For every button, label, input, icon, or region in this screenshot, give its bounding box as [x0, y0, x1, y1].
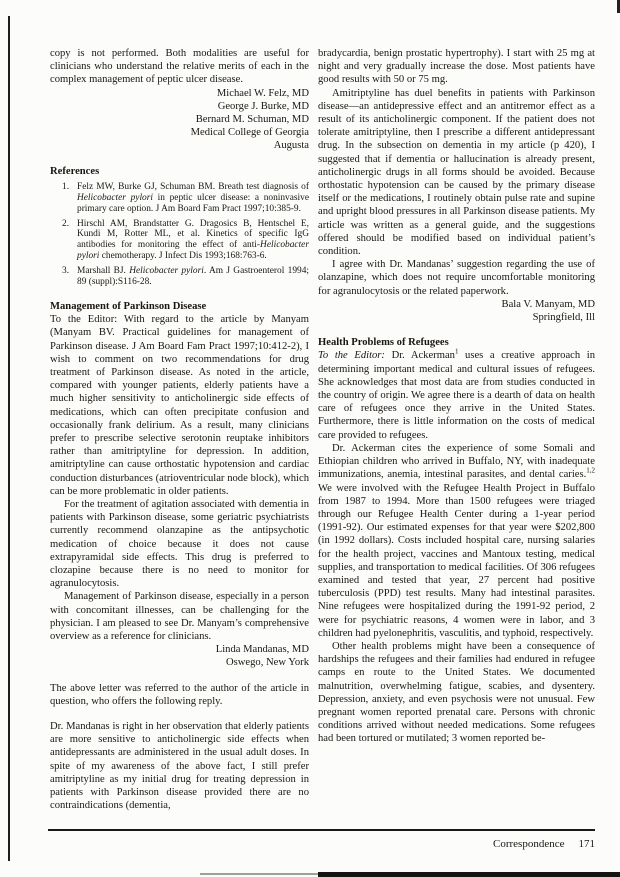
left-column: copy is not performed. Both modalities a…: [50, 47, 309, 813]
reference-number: 3.: [62, 266, 69, 277]
italic-text-run: To the Editor:: [318, 350, 385, 361]
paragraph: Amitriptyline has duel benefits in patie…: [318, 87, 595, 259]
signature-line: Augusta: [50, 139, 309, 152]
reference-number: 2.: [62, 219, 69, 230]
text-run: chemotherapy. J Infect Dis 1993;168:763-…: [99, 251, 266, 261]
paragraph: bradycardia, benign prostatic hypertroph…: [318, 47, 595, 87]
text-run: For the treatment of agitation associate…: [50, 499, 309, 589]
reference-text: Felz MW, Burke GJ, Schuman BM. Breath te…: [77, 182, 309, 214]
signature-line: Linda Mandanas, MD: [50, 643, 309, 656]
text-run: Dr. Ackerman: [385, 350, 455, 361]
text-run: Amitriptyline has duel benefits in patie…: [318, 88, 595, 257]
paragraph: Management of Parkinson disease, especia…: [50, 590, 309, 643]
scan-edge-bottom: [318, 872, 620, 877]
signature-line: Medical College of Georgia: [50, 126, 309, 139]
paragraph: Dr. Mandanas is right in her observation…: [50, 720, 309, 812]
text-run: Dr. Mandanas is right in her observation…: [50, 721, 309, 811]
text-run: We were involved with the Refugee Health…: [318, 483, 595, 639]
paragraph: The above letter was referred to the aut…: [50, 682, 309, 708]
paragraph: To the Editor: With regard to the articl…: [50, 313, 309, 498]
text-run: Marshall BJ.: [77, 266, 129, 276]
signature-line: Springfield, Ill: [318, 311, 595, 324]
reference-item: 1.Felz MW, Burke GJ, Schuman BM. Breath …: [50, 182, 309, 215]
text-run: Other health problems might have been a …: [318, 641, 595, 744]
signature-line: George J. Burke, MD: [50, 100, 309, 113]
signature-line: Bernard M. Schuman, MD: [50, 113, 309, 126]
text-run: copy is not performed. Both modalities a…: [50, 48, 309, 85]
text-run: The above letter was referred to the aut…: [50, 683, 309, 707]
page-footer: Correspondence171: [48, 838, 595, 851]
signature-line: Oswego, New York: [50, 656, 309, 669]
reference-item: 2.Hirschl AM, Brandstatter G. Dragosics …: [50, 219, 309, 263]
section-heading: Management of Parkinson Disease: [50, 300, 309, 313]
paragraph: For the treatment of agitation associate…: [50, 498, 309, 590]
italic-text-run: Helicobacter pylori: [77, 193, 153, 203]
paragraph: To the Editor: Dr. Ackerman1 uses a crea…: [318, 349, 595, 441]
text-run: bradycardia, benign prostatic hypertroph…: [318, 48, 595, 85]
footer-rule: [48, 829, 595, 831]
signature-line: Michael W. Felz, MD: [50, 87, 309, 100]
paragraph: Dr. Ackerman cites the experience of som…: [318, 442, 595, 640]
footer-section-label: Correspondence: [493, 838, 564, 850]
signature-block: Linda Mandanas, MDOswego, New York: [50, 643, 309, 669]
paragraph: copy is not performed. Both modalities a…: [50, 47, 309, 87]
signature-line: Bala V. Manyam, MD: [318, 298, 595, 311]
italic-text-run: Helicobacter pylori: [129, 266, 204, 276]
text-run: uses a creative approach in determining …: [318, 350, 595, 440]
text-run: Dr. Ackerman cites the experience of som…: [318, 443, 595, 480]
paragraph: Other health problems might have been a …: [318, 640, 595, 746]
scan-edge-bottom-light: [200, 873, 330, 875]
text-run: Felz MW, Burke GJ, Schuman BM. Breath te…: [77, 182, 309, 192]
text-run: I agree with Dr. Mandanas’ suggestion re…: [318, 259, 595, 296]
footer-page-number: 171: [579, 838, 596, 850]
reference-text: Marshall BJ. Helicobacter pylori. Am J G…: [77, 266, 309, 287]
signature-block: Michael W. Felz, MDGeorge J. Burke, MDBe…: [50, 87, 309, 153]
text-run: Management of Parkinson disease, especia…: [50, 591, 309, 642]
signature-block: Bala V. Manyam, MDSpringfield, Ill: [318, 298, 595, 324]
journal-correspondence-page: copy is not performed. Both modalities a…: [0, 0, 620, 877]
right-column: bradycardia, benign prostatic hypertroph…: [318, 47, 595, 746]
section-heading: References: [50, 165, 309, 178]
paragraph: I agree with Dr. Mandanas’ suggestion re…: [318, 258, 595, 298]
reference-number: 1.: [62, 182, 69, 193]
reference-item: 3.Marshall BJ. Helicobacter pylori. Am J…: [50, 266, 309, 288]
scan-edge-left: [8, 16, 10, 861]
citation-superscript: 1,2: [586, 467, 595, 475]
text-run: To the Editor: With regard to the articl…: [50, 314, 309, 497]
reference-text: Hirschl AM, Brandstatter G. Dragosics B,…: [77, 219, 309, 262]
